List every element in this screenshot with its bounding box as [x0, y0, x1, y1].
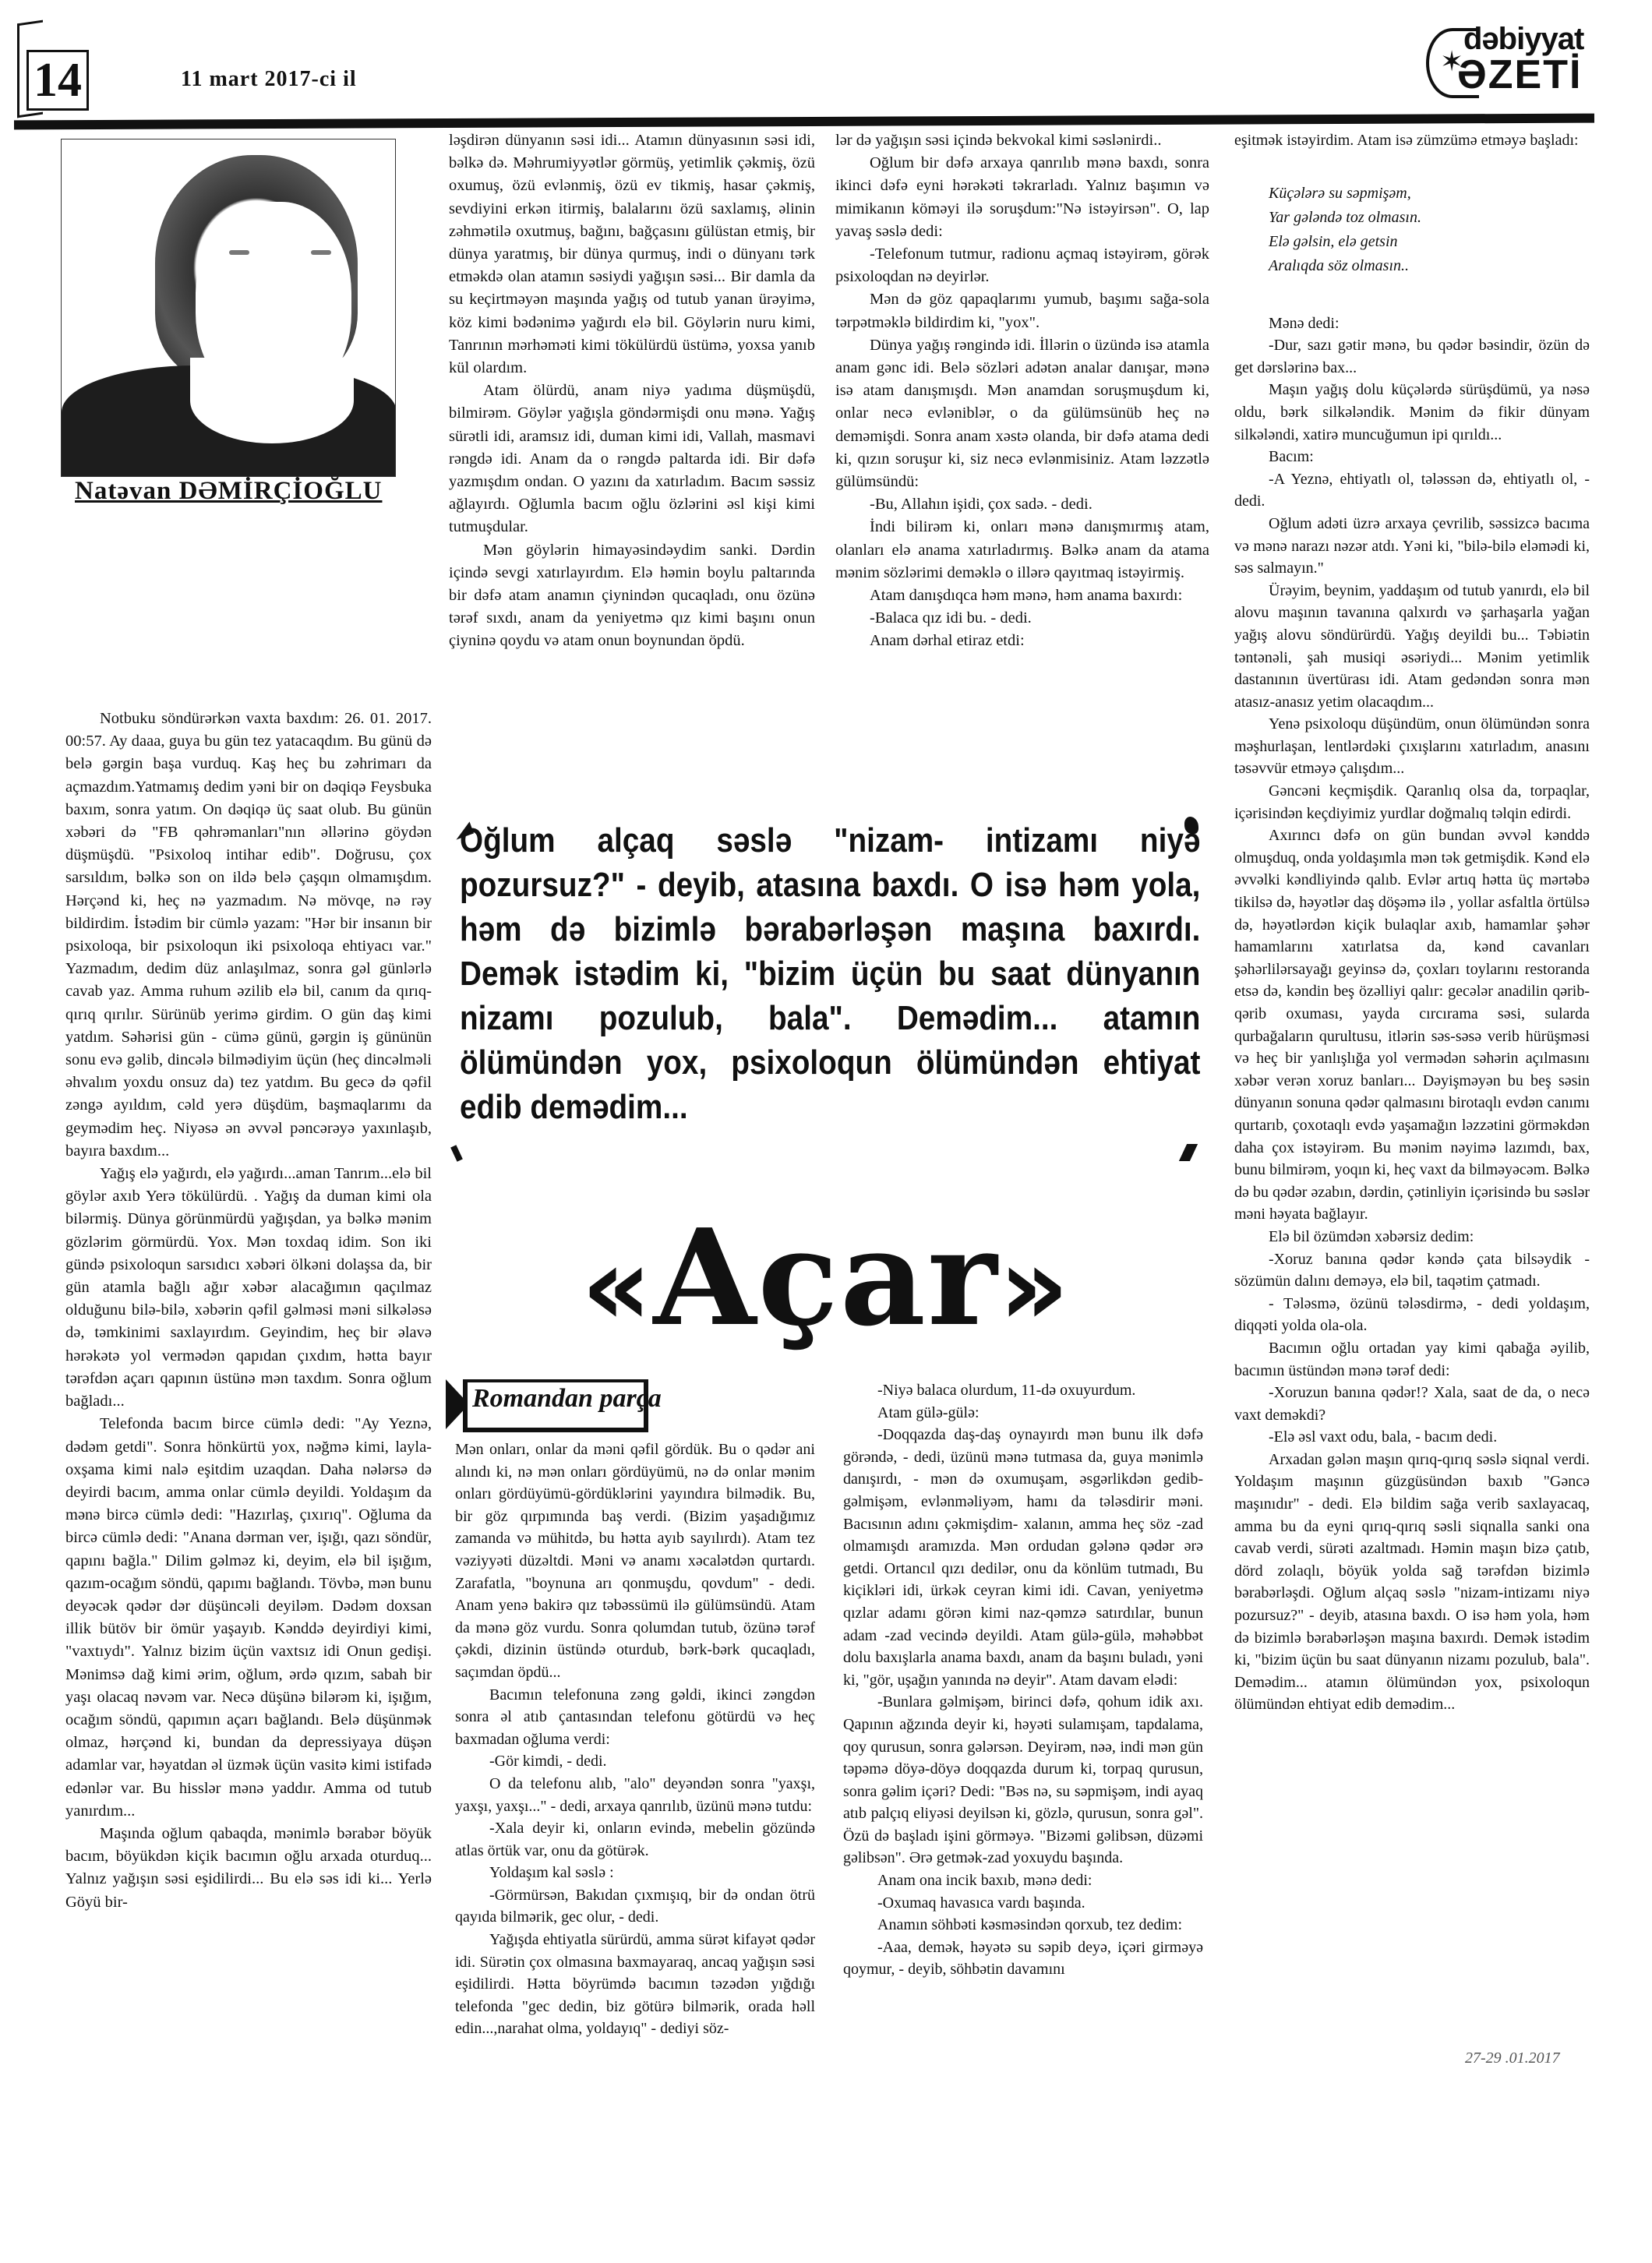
paragraph: Maşın yağış dolu küçələrdə sürüşdümü, ya… — [1234, 379, 1590, 446]
paragraph: -Bunlara gəlmişəm, birinci dəfə, qohum i… — [843, 1691, 1203, 1869]
paragraph: -Oxumaq havasıca vardı başında. — [843, 1892, 1203, 1915]
paragraph: İndi bilirəm ki, onları mənə danışmırmış… — [835, 516, 1209, 584]
quote-corner-ornament — [1179, 1144, 1198, 1161]
paragraph: Mən göylərin himayəsindəydim sanki. Dərd… — [449, 539, 815, 653]
section-tag: Romandan parça — [446, 1379, 630, 1428]
poem-line: Elə gəlsin, elə getsin — [1269, 230, 1590, 254]
title-close-quote: » — [999, 1223, 1071, 1350]
paragraph: Gəncəni keçmişdik. Qaranlıq olsa da, tor… — [1234, 780, 1590, 824]
paragraph: O da telefonu alıb, "alo" deyəndən sonra… — [455, 1773, 815, 1817]
logo-bottom-text: ƏZETİ — [1457, 51, 1582, 98]
paragraph: -Aaa, demək, həyətə su səpib deyə, içəri… — [843, 1936, 1203, 1981]
poem-line: Yar gələndə toz olmasın. — [1269, 206, 1590, 230]
paragraph: -Xoruzun banına qədər!? Xala, saat de da… — [1234, 1382, 1590, 1426]
column-2-bottom: Mən onları, onlar da məni qəfil gördük. … — [455, 1439, 815, 2040]
paragraph: -Xala deyir ki, onların evində, mebelin … — [455, 1817, 815, 1862]
quote-corner-ornament — [450, 1145, 463, 1162]
paragraph: -A Yeznə, ehtiyatlı ol, tələssən də, eht… — [1234, 468, 1590, 513]
paragraph: -Balaca qız idi bu. - dedi. — [835, 607, 1209, 630]
paragraph: Bacımın telefonuna zəng gəldi, ikinci zə… — [455, 1684, 815, 1751]
paragraph: Anamın söhbəti kəsməsindən qorxub, tez d… — [843, 1914, 1203, 1936]
column-3-bottom: -Niyə balaca olurdum, 11-də oxuyurdum. A… — [843, 1379, 1203, 1981]
poem-line: Aralıqda söz olmasın.. — [1269, 254, 1590, 278]
paragraph: - Tələsmə, özünü tələsdirmə, - dedi yold… — [1234, 1293, 1590, 1337]
paragraph: Telefonda bacım birce cümlə dedi: "Ay Ye… — [65, 1413, 432, 1823]
author-photo — [61, 139, 396, 477]
paragraph: Elə bil özümdən xəbərsiz dedim: — [1234, 1226, 1590, 1248]
column-1: Notbuku söndürərkən vaxta baxdım: 26. 01… — [65, 708, 432, 1914]
paragraph: Yoldaşım kal səslə : — [455, 1862, 815, 1884]
paragraph: Yenə psixoloqu düşündüm, onun ölümündən … — [1234, 713, 1590, 780]
paragraph: ləşdirən dünyanın səsi idi... Atamın dün… — [449, 129, 815, 380]
author-name: Natəvan DƏMİRÇİOĞLU — [75, 477, 382, 506]
paragraph: Maşında oğlum qabaqda, mənimlə bərabər b… — [65, 1823, 432, 1914]
paragraph: -Bu, Allahın işidi, çox sadə. - dedi. — [835, 493, 1209, 516]
page-number: 14 — [26, 50, 89, 111]
pull-quote: Oğlum alçaq səslə "nizam- intizamı niyə … — [460, 818, 1200, 1129]
paragraph: Atam gülə-gülə: — [843, 1402, 1203, 1425]
issue-date: 11 mart 2017-ci il — [181, 67, 357, 92]
paragraph: Ürəyim, beynim, yaddaşım od tutub yanırd… — [1234, 580, 1590, 714]
paragraph: Mənə dedi: — [1234, 312, 1590, 335]
paragraph: Bacım: — [1234, 446, 1590, 468]
paragraph: Axırıncı dəfə on gün bundan əvvəl kənddə… — [1234, 824, 1590, 1226]
paragraph: Bacımın oğlu ortadan yay kimi qabağa əyi… — [1234, 1337, 1590, 1382]
paragraph: -Doqqazda daş-daş oynayırdı mən bunu ilk… — [843, 1424, 1203, 1691]
column-3-top: lər də yağışın səsi içində bekvokal kimi… — [835, 129, 1209, 653]
paragraph: Anam ona incik baxıb, mənə dedi: — [843, 1869, 1203, 1892]
poem: Küçələrə su səpmişəm, Yar gələndə toz ol… — [1269, 182, 1590, 278]
paragraph: Arxadan gələn maşın qırıq-qırıq səslə si… — [1234, 1449, 1590, 1716]
paragraph: -Telefonum tutmur, radionu açmaq istəyir… — [835, 243, 1209, 288]
paragraph: -Niyə balaca olurdum, 11-də oxuyurdum. — [843, 1379, 1203, 1402]
paragraph: -Gör kimdi, - dedi. — [455, 1750, 815, 1773]
masthead: 14 11 mart 2017-ci il dəbiyyat ƏZETİ — [0, 0, 1652, 129]
signature-date: 27-29 .01.2017 — [1465, 2049, 1560, 2067]
paragraph: Yağışda ehtiyatla sürürdü, amma sürət ki… — [455, 1929, 815, 2040]
paragraph: -Elə əsl vaxt odu, bala, - bacım dedi. — [1234, 1426, 1590, 1449]
paragraph: Notbuku söndürərkən vaxta baxdım: 26. 01… — [65, 708, 432, 1163]
paragraph: Oğlum bir dəfə arxaya qanrılıb mənə baxd… — [835, 152, 1209, 243]
paragraph: Mən onları, onlar da məni qəfil gördük. … — [455, 1439, 815, 1684]
paragraph: Anam dərhal etiraz etdi: — [835, 630, 1209, 652]
paragraph: lər də yağışın səsi içində bekvokal kimi… — [835, 129, 1209, 152]
paragraph: -Xoruz banına qədər kəndə çata bilsəydik… — [1234, 1248, 1590, 1293]
paragraph: Oğlum adəti üzrə arxaya çevrilib, səssiz… — [1234, 513, 1590, 580]
paragraph: Atam danışdıqca həm mənə, həm anama baxı… — [835, 584, 1209, 607]
paragraph: Dünya yağış rəngində idi. İllərin o üzün… — [835, 334, 1209, 493]
paragraph: eşitmək istəyirdim. Atam isə zümzümə etm… — [1234, 129, 1590, 152]
paragraph: Mən də göz qapaqlarımı yumub, başımı sağ… — [835, 288, 1209, 334]
article-title: «Açar» — [452, 1200, 1200, 1356]
header-rule — [14, 114, 1594, 130]
paragraph: -Dur, sazı gətir mənə, bu qədər bəsindir… — [1234, 334, 1590, 379]
section-label: Romandan parça — [472, 1384, 662, 1414]
column-4: eşitmək istəyirdim. Atam isə zümzümə etm… — [1234, 129, 1590, 1716]
paragraph: -Görmürsən, Bakıdan çıxmışıq, bir də ond… — [455, 1884, 815, 1929]
title-text: Açar — [653, 1200, 998, 1356]
newspaper-logo: dəbiyyat ƏZETİ — [1426, 22, 1597, 92]
poem-line: Küçələrə su səpmişəm, — [1269, 182, 1590, 206]
paragraph: Atam ölürdü, anam niyə yadıma düşmüşdü, … — [449, 380, 815, 538]
title-open-quote: « — [581, 1223, 653, 1350]
column-2-top: ləşdirən dünyanın səsi idi... Atamın dün… — [449, 129, 815, 653]
paragraph: Yağış elə yağırdı, elə yağırdı...aman Ta… — [65, 1163, 432, 1413]
